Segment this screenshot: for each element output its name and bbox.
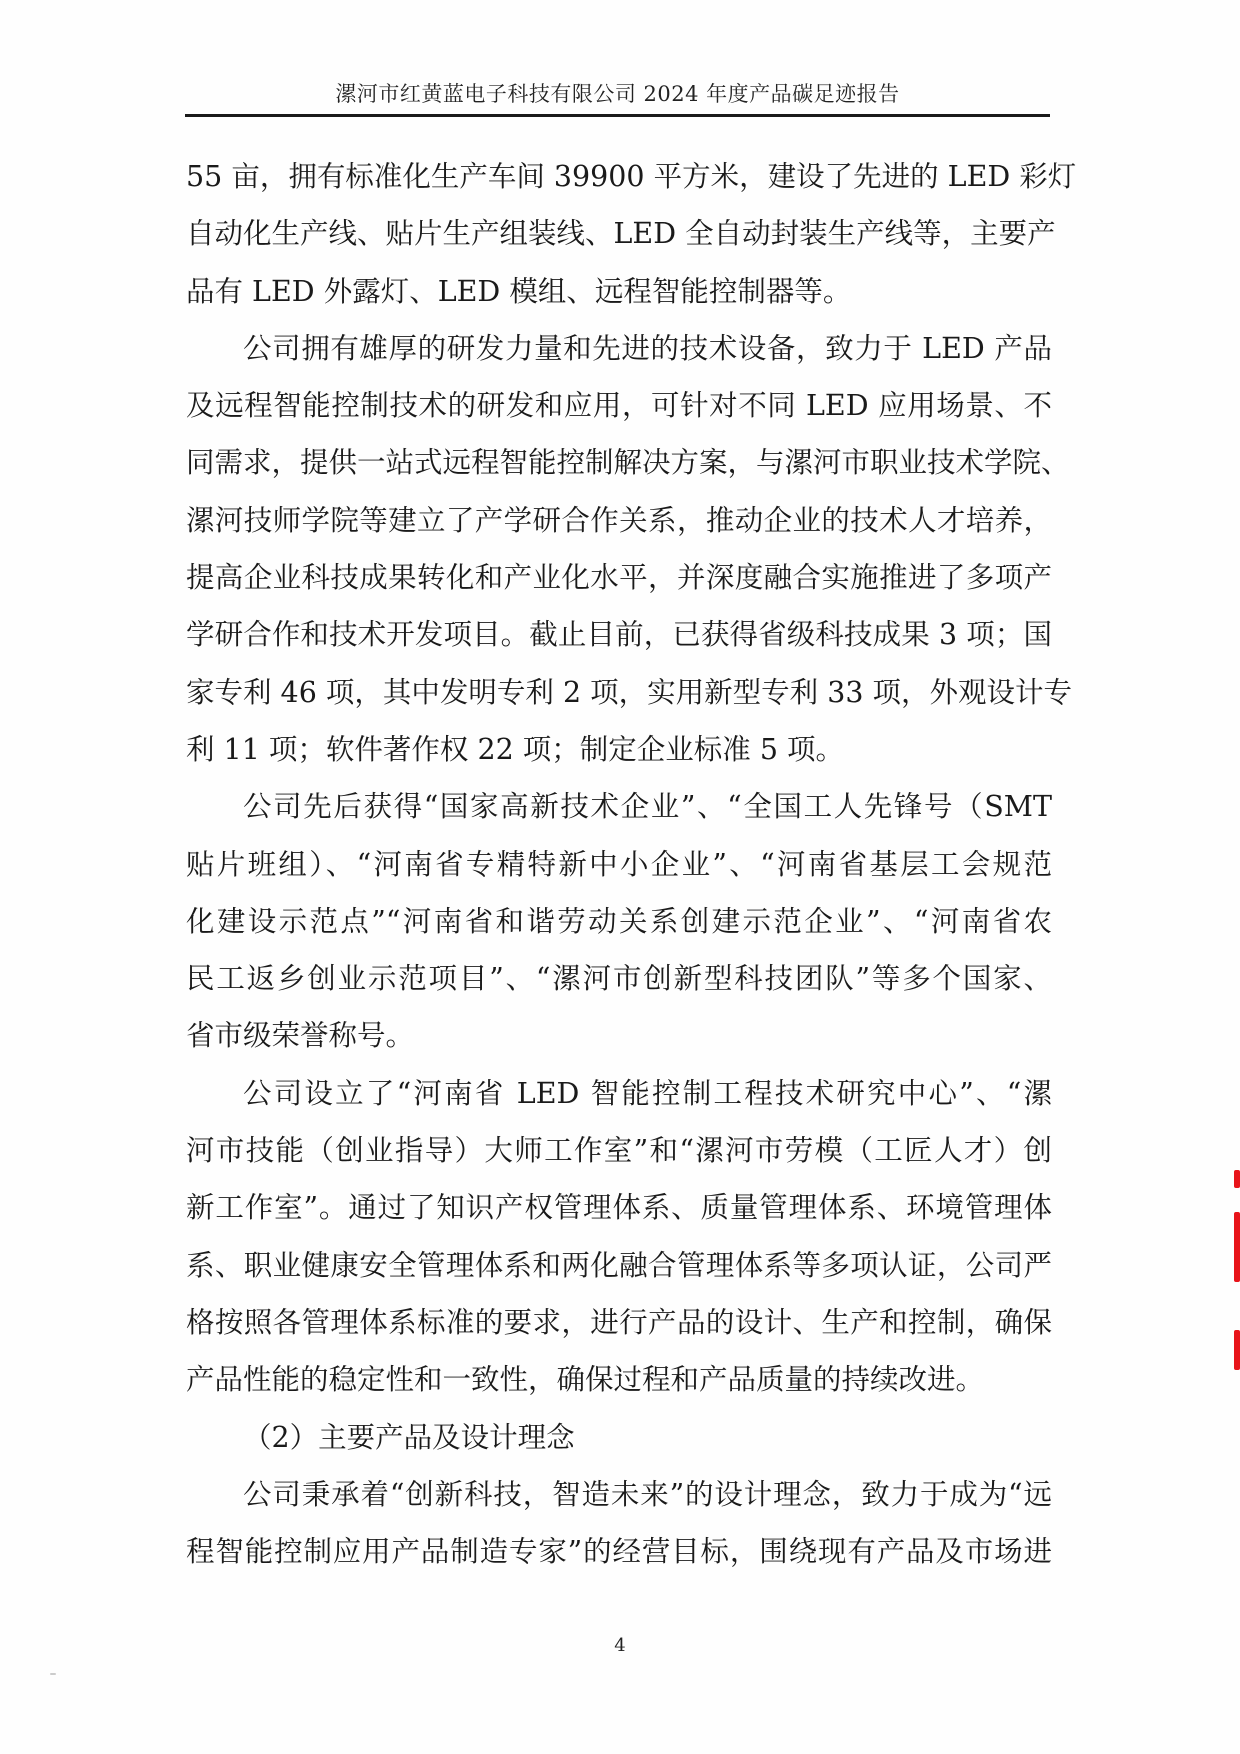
text-line: 新工作室”。通过了知识产权管理体系、质量管理体系、环境管理体 (186, 1179, 1052, 1236)
text-line: 及远程智能控制技术的研发和应用，可针对不同 LED 应用场景、不 (186, 377, 1052, 434)
text-line: 民工返乡创业示范项目”、“漯河市创新型科技团队”等多个国家、 (186, 950, 1052, 1007)
page-number: 4 (600, 1635, 640, 1656)
text-line: 河市技能（创业指导）大师工作室”和“漯河市劳模（工匠人才）创 (186, 1122, 1052, 1179)
text-line: 品有 LED 外露灯、LED 模组、远程智能控制器等。 (186, 263, 1052, 320)
text-line: 程智能控制应用产品制造专家”的经营目标，围绕现有产品及市场进 (186, 1523, 1052, 1580)
paragraph-start: 公司拥有雄厚的研发力量和先进的技术设备，致力于 LED 产品 (186, 320, 1052, 377)
text-line: 贴片班组）、“河南省专精特新中小企业”、“河南省基层工会规范 (186, 836, 1052, 893)
text-line: 同需求，提供一站式远程智能控制解决方案，与漯河市职业技术学院、 (186, 434, 1052, 491)
text-line: 系、职业健康安全管理体系和两化融合管理体系等多项认证，公司严 (186, 1237, 1052, 1294)
text-line: 自动化生产线、贴片生产组装线、LED 全自动封装生产线等，主要产 (186, 205, 1052, 262)
section-heading: （2）主要产品及设计理念 (186, 1409, 1052, 1466)
text-line: 产品性能的稳定性和一致性，确保过程和产品质量的持续改进。 (186, 1351, 1052, 1408)
header-rule (185, 114, 1050, 117)
scan-artifact (50, 1673, 56, 1675)
running-header: 漯河市红黄蓝电子科技有限公司 2024 年度产品碳足迹报告 (185, 78, 1050, 108)
body-text: 55 亩，拥有标准化生产车间 39900 平方米，建设了先进的 LED 彩灯 自… (186, 148, 1052, 1580)
text-line: 55 亩，拥有标准化生产车间 39900 平方米，建设了先进的 LED 彩灯 (186, 148, 1052, 205)
red-seal-stamp-edge (1234, 1170, 1240, 1380)
text-line: 家专利 46 项，其中发明专利 2 项，实用新型专利 33 项，外观设计专 (186, 664, 1052, 721)
paragraph-start: 公司秉承着“创新科技，智造未来”的设计理念，致力于成为“远 (186, 1466, 1052, 1523)
text-line: 省市级荣誉称号。 (186, 1007, 1052, 1064)
text-line: 格按照各管理体系标准的要求，进行产品的设计、生产和控制，确保 (186, 1294, 1052, 1351)
paragraph-start: 公司先后获得“国家高新技术企业”、“全国工人先锋号（SMT (186, 778, 1052, 835)
text-line: 利 11 项；软件著作权 22 项；制定企业标准 5 项。 (186, 721, 1052, 778)
text-line: 漯河技师学院等建立了产学研合作关系，推动企业的技术人才培养， (186, 492, 1052, 549)
text-line: 提高企业科技成果转化和产业化水平，并深度融合实施推进了多项产 (186, 549, 1052, 606)
document-page: 漯河市红黄蓝电子科技有限公司 2024 年度产品碳足迹报告 55 亩，拥有标准化… (0, 0, 1240, 1754)
paragraph-start: 公司设立了“河南省 LED 智能控制工程技术研究中心”、“漯 (186, 1065, 1052, 1122)
text-line: 学研合作和技术开发项目。截止目前，已获得省级科技成果 3 项；国 (186, 606, 1052, 663)
text-line: 化建设示范点”“河南省和谐劳动关系创建示范企业”、“河南省农 (186, 893, 1052, 950)
